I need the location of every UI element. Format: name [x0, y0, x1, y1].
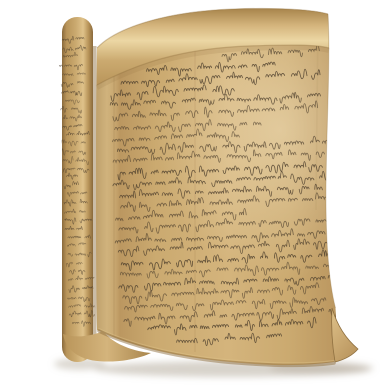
unrolled-sheet: [96, 0, 390, 365]
kraft-paper-roll-photo: [0, 0, 390, 390]
paper-roll-tube: [57, 17, 97, 362]
product-photo-stage: [0, 0, 390, 390]
